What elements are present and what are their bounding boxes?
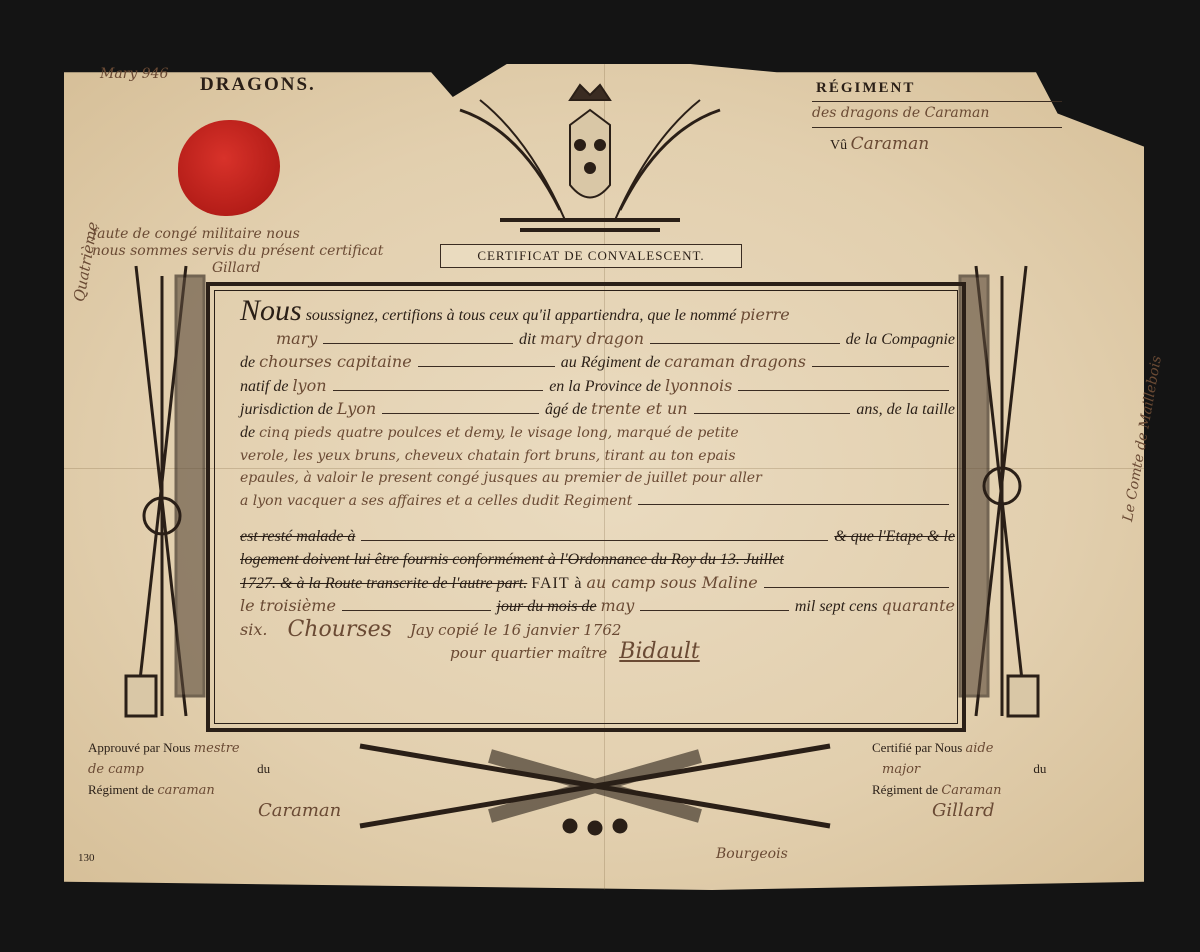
body-text: FAIT à [531,573,582,596]
body-text: de [240,422,255,445]
bottom-signature: Bourgeois [716,846,788,862]
description-field: verole, les yeux bruns, cheveux chatain … [240,445,736,468]
body-text: âgé de [545,399,587,422]
body-text: est resté malade à [240,526,355,549]
rank-field: de camp [88,762,144,777]
label: Certifié par Nous [872,740,962,755]
label: du [1033,761,1046,776]
copy-note: Jay copié le 16 janvier 1762 [410,619,622,642]
province-field: lyonnois [665,375,732,398]
signature: Chourses [287,619,392,642]
regiment-field: caraman dragons [664,351,806,374]
regiment-title: RÉGIMENT [812,80,1062,97]
body-text: soussignez, certifions à tous ceux qu'il… [306,305,736,328]
body-text: 1727. & à la Route transcrite de l'autre… [240,573,527,596]
certificate-title: CERTIFICAT DE CONVALESCENT. [440,244,742,268]
description-field: cinq pieds quatre poulces et demy, le vi… [259,422,739,445]
left-note-line: faute de congé militaire nous [92,226,452,243]
body-text: de la Compagnie [846,329,955,352]
age-field: trente et un [591,398,687,421]
divider [812,127,1062,128]
month-field: may [601,595,635,618]
regiment-field: Caraman [941,783,1001,798]
body-text: mil sept cens [795,596,878,619]
signature: Gillard [872,801,1092,821]
company-field: chourses capitaine [259,351,412,374]
label: Approuvé par Nous [88,740,191,755]
day-field: le troisième [240,595,336,618]
body-text: natif de [240,376,288,399]
certificate-body: Nous soussignez, certifions à tous ceux … [240,300,955,665]
year-field: quarante [882,595,955,618]
rank-field: mestre [194,741,240,756]
body-text: jour du mois de [497,596,597,619]
copy-note: pour quartier maître [450,642,607,665]
drop-cap: Nous [240,300,302,323]
regiment-box: RÉGIMENT des dragons de Caraman Vû Caram… [812,80,1062,154]
military-trophy-right-icon [956,256,1048,726]
page-number: 130 [78,852,95,864]
vu-label: Vû [830,138,847,153]
regiment-field: caraman [157,783,214,798]
signature: Caraman [88,801,348,821]
crossed-cannons-icon [340,736,850,836]
name-field: pierre [740,304,790,327]
certification-block: Certifié par Nous aide major du Régiment… [872,738,1092,821]
regiment-name: des dragons de Caraman [812,102,1062,123]
rank-field: major [872,762,920,777]
birthplace-field: lyon [292,375,326,398]
alias-field: mary dragon [540,328,644,351]
military-trophy-left-icon [116,256,208,726]
place-field: au camp sous Maline [586,572,757,595]
header-dragons: DRAGONS. [200,74,316,96]
signature: Bidault [619,641,699,664]
surname-field: mary [240,328,317,351]
body-text: jurisdiction de [240,399,333,422]
body-text: au Régiment de [561,352,661,375]
rank-field: aide [966,741,994,756]
body-text: ans, de la taille [856,399,955,422]
label: du [257,761,270,776]
corner-note: Mary 946 [100,66,168,82]
description-field: epaules, à valoir le present congé jusqu… [240,467,762,490]
royal-crest-icon [440,70,740,250]
jurisdiction-field: Lyon [337,398,376,421]
body-text: & que l'Etape & le [834,526,955,549]
approval-block: Approuvé par Nous mestre de camp du Régi… [88,738,348,821]
description-field: a lyon vacquer a ses affaires et a celle… [240,490,632,513]
body-text: en la Province de [549,376,661,399]
body-text: de [240,352,255,375]
body-text: logement doivent lui être fournis confor… [240,549,784,572]
body-text: dit [519,329,536,352]
label: Régiment de [872,782,938,797]
vu-signature: Caraman [851,134,930,154]
year-field: six. [240,619,267,642]
label: Régiment de [88,782,154,797]
